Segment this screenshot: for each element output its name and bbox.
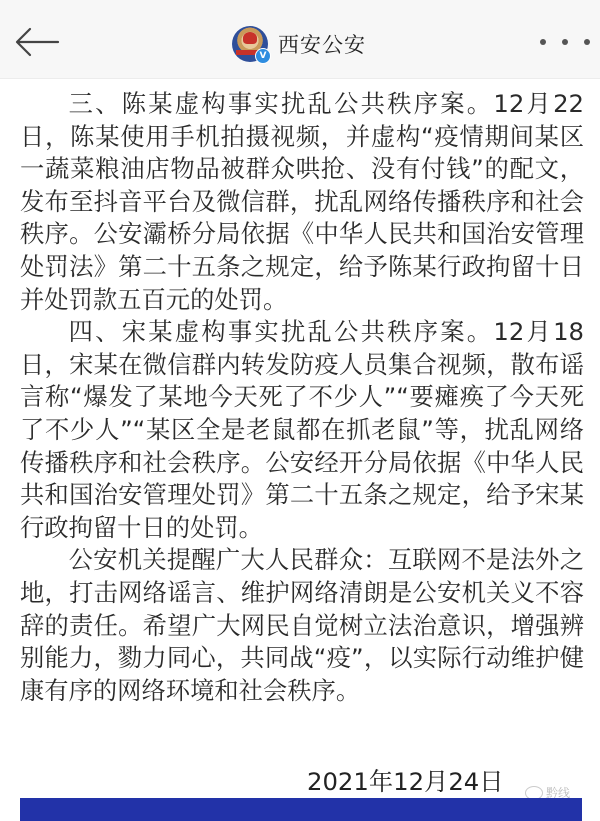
article-body: 三、陈某虚构事实扰乱公共秩序案。12月22日，陈某使用手机拍摄视频，并虚构“疫情… [20, 88, 584, 707]
more-options-button[interactable] [540, 32, 590, 52]
police-emblem-icon [243, 32, 257, 44]
verified-badge-icon: V [255, 48, 271, 64]
more-dots-icon [562, 39, 568, 45]
footer-banner [20, 798, 582, 821]
back-button[interactable] [14, 26, 60, 58]
account-name: 西安公安 [278, 29, 366, 59]
account-title[interactable]: V 西安公安 [232, 24, 366, 64]
more-dots-icon [540, 39, 546, 45]
arrow-left-icon [14, 26, 60, 58]
paragraph-case-four: 四、宋某虚构事实扰乱公共秩序案。12月18日，宋某在微信群内转发防疫人员集合视频… [20, 316, 584, 544]
paragraph-reminder: 公安机关提醒广大人民群众：互联网不是法外之地，打击网络谣言、维护网络清朗是公安机… [20, 544, 584, 707]
avatar[interactable]: V [232, 26, 268, 62]
publish-date: 2021年12月24日 [307, 762, 504, 797]
more-dots-icon [584, 39, 590, 45]
top-nav-bar: V 西安公安 [0, 0, 600, 79]
paragraph-case-three: 三、陈某虚构事实扰乱公共秩序案。12月22日，陈某使用手机拍摄视频，并虚构“疫情… [20, 88, 584, 316]
